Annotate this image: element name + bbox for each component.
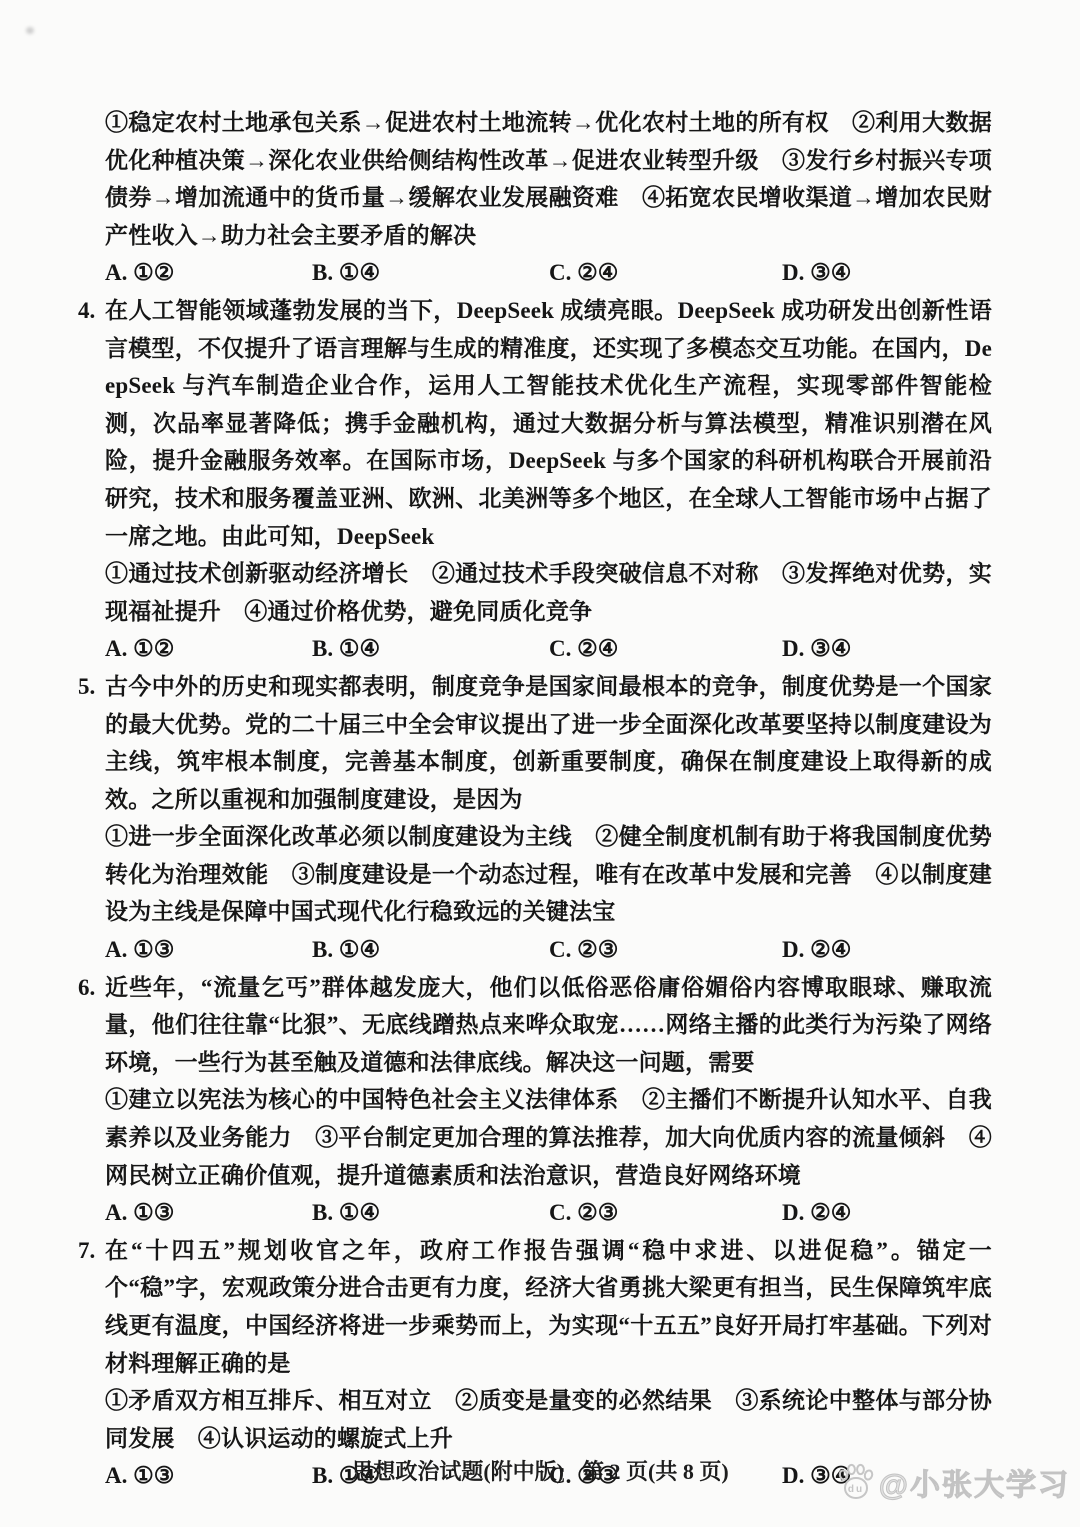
question-choices: ①进一步全面深化改革必须以制度建设为主线 ②健全制度机制有助于将我国制度优势转化… xyxy=(105,818,992,931)
option-c: C. ②④ xyxy=(549,630,782,668)
exam-page: ①稳定农村土地承包关系→促进农村土地流转→优化农村土地的所有权 ②利用大数据优化… xyxy=(0,0,1080,1495)
option-b: B. ①④ xyxy=(312,1194,549,1232)
option-b: B. ①④ xyxy=(312,931,549,969)
question-number: 5. xyxy=(78,668,105,969)
option-c: C. ②④ xyxy=(549,254,782,292)
option-a: A. ①② xyxy=(105,630,312,668)
question-choices: ①通过技术创新驱动经济增长 ②通过技术手段突破信息不对称 ③发挥绝对优势，实现福… xyxy=(105,555,992,630)
question-choices: ①建立以宪法为核心的中国特色社会主义法律体系 ②主播们不断提升认知水平、自我素养… xyxy=(105,1081,992,1194)
option-c: C. ②③ xyxy=(549,931,782,969)
option-b: B. ①④ xyxy=(312,630,549,668)
question-5: 5. 古今中外的历史和现实都表明，制度竞争是国家间最根本的竞争，制度优势是一个国… xyxy=(78,668,992,969)
question-choices: ①矛盾双方相互排斥、相互对立 ②质变是量变的必然结果 ③系统论中整体与部分协同发… xyxy=(105,1382,992,1457)
question-choices: ①稳定农村土地承包关系→促进农村土地流转→优化农村土地的所有权 ②利用大数据优化… xyxy=(105,104,992,254)
answer-options-row: A. ①② B. ①④ C. ②④ D. ③④ xyxy=(105,254,992,292)
exam-title: 思想政治试题(附中版) xyxy=(351,1459,564,1484)
question-number: 6. xyxy=(78,969,105,1232)
question-3-continuation: ①稳定农村土地承包关系→促进农村土地流转→优化农村土地的所有权 ②利用大数据优化… xyxy=(78,104,992,292)
option-d: D. ②④ xyxy=(782,931,992,969)
option-a: A. ①② xyxy=(105,254,312,292)
answer-options-row: A. ①③ B. ①④ C. ②③ D. ②④ xyxy=(105,931,992,969)
question-number: 4. xyxy=(78,292,105,668)
answer-options-row: A. ①③ B. ①④ C. ②③ D. ②④ xyxy=(105,1194,992,1232)
option-d: D. ②④ xyxy=(782,1194,992,1232)
question-6: 6. 近些年，“流量乞丐”群体越发庞大，他们以低俗恶俗庸俗媚俗内容博取眼球、赚取… xyxy=(78,969,992,1232)
option-b: B. ①④ xyxy=(312,254,549,292)
page-number: 第 2 页(共 8 页) xyxy=(582,1459,729,1484)
option-c: C. ②③ xyxy=(549,1194,782,1232)
option-d: D. ③④ xyxy=(782,254,992,292)
question-stem: 在人工智能领域蓬勃发展的当下，DeepSeek 成绩亮眼。DeepSeek 成功… xyxy=(105,292,992,555)
question-stem: 近些年，“流量乞丐”群体越发庞大，他们以低俗恶俗庸俗媚俗内容博取眼球、赚取流量，… xyxy=(105,969,992,1082)
answer-options-row: A. ①② B. ①④ C. ②④ D. ③④ xyxy=(105,630,992,668)
question-number xyxy=(78,104,105,292)
watermark: du @小张大学习 xyxy=(836,1460,1070,1504)
paw-badge-text: du xyxy=(848,1484,864,1495)
watermark-handle: @小张大学习 xyxy=(879,1460,1070,1504)
option-a: A. ①③ xyxy=(105,931,312,969)
question-stem: 古今中外的历史和现实都表明，制度竞争是国家间最根本的竞争，制度优势是一个国家的最… xyxy=(105,668,992,818)
option-a: A. ①③ xyxy=(105,1194,312,1232)
paw-icon: du xyxy=(836,1463,876,1501)
option-d: D. ③④ xyxy=(782,630,992,668)
question-stem: 在“十四五”规划收官之年，政府工作报告强调“稳中求进、以进促稳”。锚定一个“稳”… xyxy=(105,1232,992,1382)
question-4: 4. 在人工智能领域蓬勃发展的当下，DeepSeek 成绩亮眼。DeepSeek… xyxy=(78,292,992,668)
